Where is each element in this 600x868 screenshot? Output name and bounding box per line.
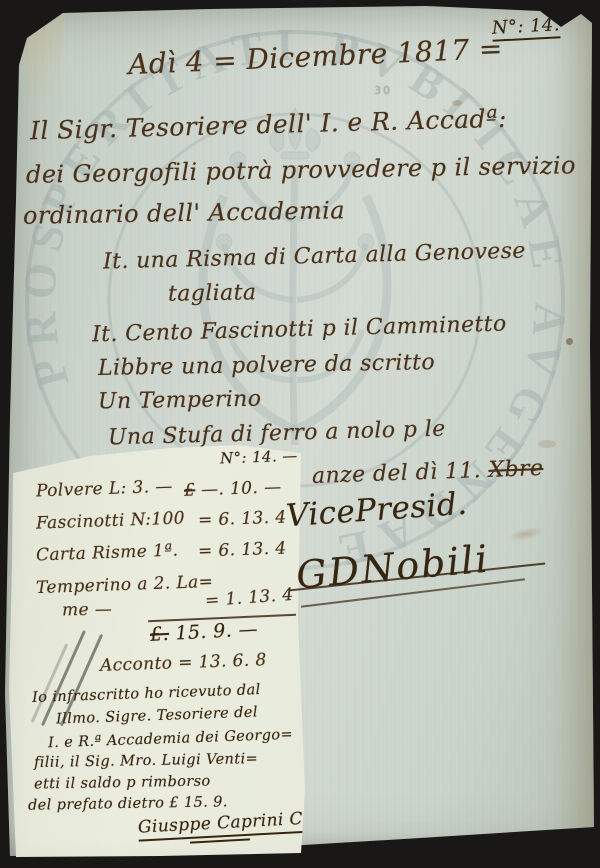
pound-symbol: £: [184, 480, 196, 500]
ink-stain: [566, 338, 573, 345]
amount: —. 10. —: [201, 477, 282, 500]
receipt-line: etti il saldo p rimborso: [34, 773, 211, 792]
account-value: £ —. 10. —: [184, 477, 282, 500]
paper-stain: [538, 440, 556, 448]
item-line: Un Temperino: [98, 387, 262, 415]
account-value: = 6. 13. 4: [198, 538, 287, 561]
right-edge-discoloration: [554, 0, 600, 868]
item-line: tagliata: [168, 280, 257, 307]
body-line: ordinario dell' Accademia: [23, 196, 345, 230]
account-value: = 6. 13. 4: [198, 507, 287, 530]
collection-stamp-number: 30: [374, 84, 392, 97]
account-label-wrap: me —: [62, 600, 113, 621]
pound-symbol: £.: [149, 623, 169, 646]
total-amount: 15. 9. —: [175, 618, 259, 644]
struck-month: Xbre: [488, 456, 544, 483]
manuscript-scan: PROSPERITATI PVBLICAE AVGENDAE: [0, 0, 600, 868]
